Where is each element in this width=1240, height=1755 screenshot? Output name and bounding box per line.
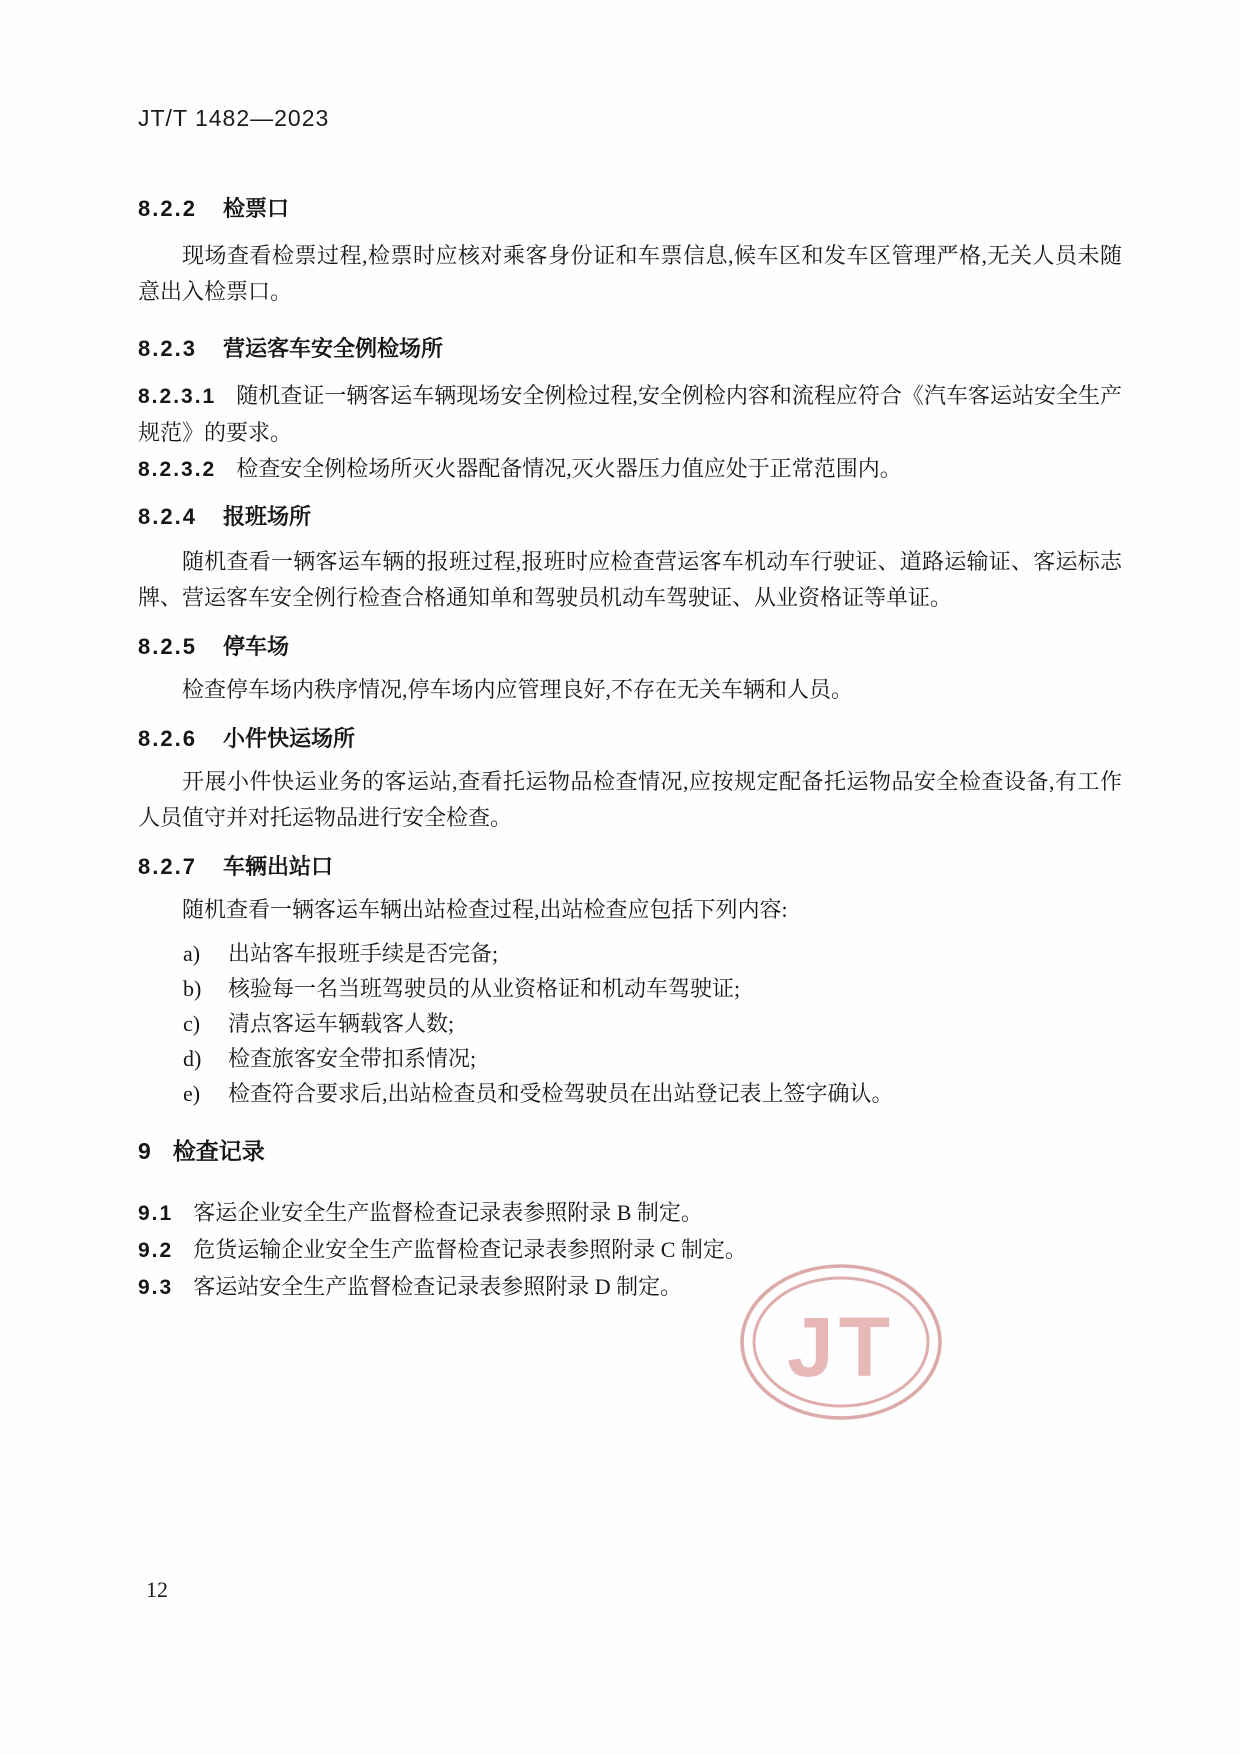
document-page: JT/T 1482—2023 8.2.2检票口 现场查看检票过程,检票时应核对乘… [0, 0, 1240, 1755]
list-item-b: b)核验每一名当班驾驶员的从业资格证和机动车驾驶证; [138, 971, 1122, 1006]
paragraph: 开展小件快运业务的客运站,查看托运物品检查情况,应按规定配备托运物品安全检查设备… [138, 764, 1122, 836]
paragraph-text: 客运企业安全生产监督检查记录表参照附录 B 制定。 [193, 1200, 703, 1225]
list-item-c: c)清点客运车辆载客人数; [138, 1006, 1122, 1041]
clause-title: 营运客车安全例检场所 [223, 336, 443, 361]
paragraph: 检查停车场内秩序情况,停车场内应管理良好,不存在无关车辆和人员。 [138, 672, 1122, 708]
chapter-heading-9: 9检查记录 [138, 1135, 1122, 1167]
list-item-a: a)出站客车报班手续是否完备; [138, 936, 1122, 971]
paragraph: 现场查看检票过程,检票时应核对乘客身份证和车票信息,候车区和发车区管理严格,无关… [138, 238, 1122, 310]
list-item-label: d) [183, 1041, 228, 1076]
clause-number: 8.2.6 [138, 726, 197, 751]
clause-number: 8.2.4 [138, 504, 197, 529]
numbered-paragraph-9-3: 9.3客运站安全生产监督检查记录表参照附录 D 制定。 [138, 1269, 1122, 1306]
paragraph-text: 危货运输企业安全生产监督检查记录表参照附录 C 制定。 [193, 1237, 747, 1262]
list-item-label: c) [183, 1006, 228, 1041]
list-item-label: e) [183, 1076, 228, 1111]
clause-heading-8-2-6: 8.2.6小件快运场所 [138, 724, 1122, 754]
clause-title: 报班场所 [223, 504, 311, 529]
numbered-paragraph-9-1: 9.1客运企业安全生产监督检查记录表参照附录 B 制定。 [138, 1195, 1122, 1232]
list-item-text: 清点客运车辆载客人数; [228, 1011, 454, 1036]
chapter-title: 检查记录 [173, 1138, 265, 1164]
running-header: JT/T 1482—2023 [138, 104, 1122, 132]
paragraph-text: 客运站安全生产监督检查记录表参照附录 D 制定。 [193, 1274, 682, 1299]
clause-number: 8.2.7 [138, 854, 197, 879]
clause-number: 9.3 [138, 1276, 173, 1299]
paragraph-text: 检查安全例检场所灭火器配备情况,灭火器压力值应处于正常范围内。 [236, 456, 902, 481]
page-content: JT/T 1482—2023 8.2.2检票口 现场查看检票过程,检票时应核对乘… [138, 0, 1122, 1306]
clause-number: 8.2.3 [138, 336, 197, 361]
clause-heading-8-2-4: 8.2.4报班场所 [138, 502, 1122, 532]
list-item-d: d)检查旅客安全带扣系情况; [138, 1041, 1122, 1076]
list-item-text: 检查符合要求后,出站检查员和受检驾驶员在出站登记表上签字确认。 [228, 1081, 894, 1106]
watermark-jt-text: JT [787, 1300, 895, 1394]
clause-number: 8.2.2 [138, 196, 197, 221]
chapter-number: 9 [138, 1138, 151, 1164]
list-item-label: b) [183, 971, 228, 1006]
list-item-e: e)检查符合要求后,出站检查员和受检驾驶员在出站登记表上签字确认。 [138, 1076, 1122, 1111]
clause-title: 车辆出站口 [223, 854, 333, 879]
list-item-text: 核验每一名当班驾驶员的从业资格证和机动车驾驶证; [228, 976, 740, 1001]
clause-title: 检票口 [223, 196, 289, 221]
ordered-list: a)出站客车报班手续是否完备; b)核验每一名当班驾驶员的从业资格证和机动车驾驶… [138, 936, 1122, 1111]
clause-heading-8-2-3: 8.2.3营运客车安全例检场所 [138, 334, 1122, 364]
page-number: 12 [146, 1575, 168, 1605]
clause-heading-8-2-2: 8.2.2检票口 [138, 194, 1122, 224]
clause-title: 停车场 [223, 634, 289, 659]
list-item-label: a) [183, 936, 228, 971]
clause-number: 8.2.5 [138, 634, 197, 659]
numbered-paragraph-9-2: 9.2危货运输企业安全生产监督检查记录表参照附录 C 制定。 [138, 1232, 1122, 1269]
clause-heading-8-2-5: 8.2.5停车场 [138, 632, 1122, 662]
paragraph: 随机查看一辆客运车辆出站检查过程,出站检查应包括下列内容: [138, 892, 1122, 928]
list-item-text: 检查旅客安全带扣系情况; [228, 1046, 476, 1071]
clause-number: 9.1 [138, 1202, 173, 1225]
paragraph: 随机查看一辆客运车辆的报班过程,报班时应检查营运客车机动车行驶证、道路运输证、客… [138, 544, 1122, 616]
numbered-paragraph-8-2-3-2: 8.2.3.2检查安全例检场所灭火器配备情况,灭火器压力值应处于正常范围内。 [138, 451, 1122, 488]
clause-title: 小件快运场所 [223, 726, 355, 751]
paragraph-text: 随机查证一辆客运车辆现场安全例检过程,安全例检内容和流程应符合《汽车客运站安全生… [138, 383, 1122, 445]
list-item-text: 出站客车报班手续是否完备; [228, 941, 498, 966]
clause-heading-8-2-7: 8.2.7车辆出站口 [138, 852, 1122, 882]
clause-number: 9.2 [138, 1239, 173, 1262]
clause-number: 8.2.3.2 [138, 458, 216, 481]
numbered-paragraph-8-2-3-1: 8.2.3.1随机查证一辆客运车辆现场安全例检过程,安全例检内容和流程应符合《汽… [138, 378, 1122, 451]
clause-number: 8.2.3.1 [138, 385, 216, 408]
